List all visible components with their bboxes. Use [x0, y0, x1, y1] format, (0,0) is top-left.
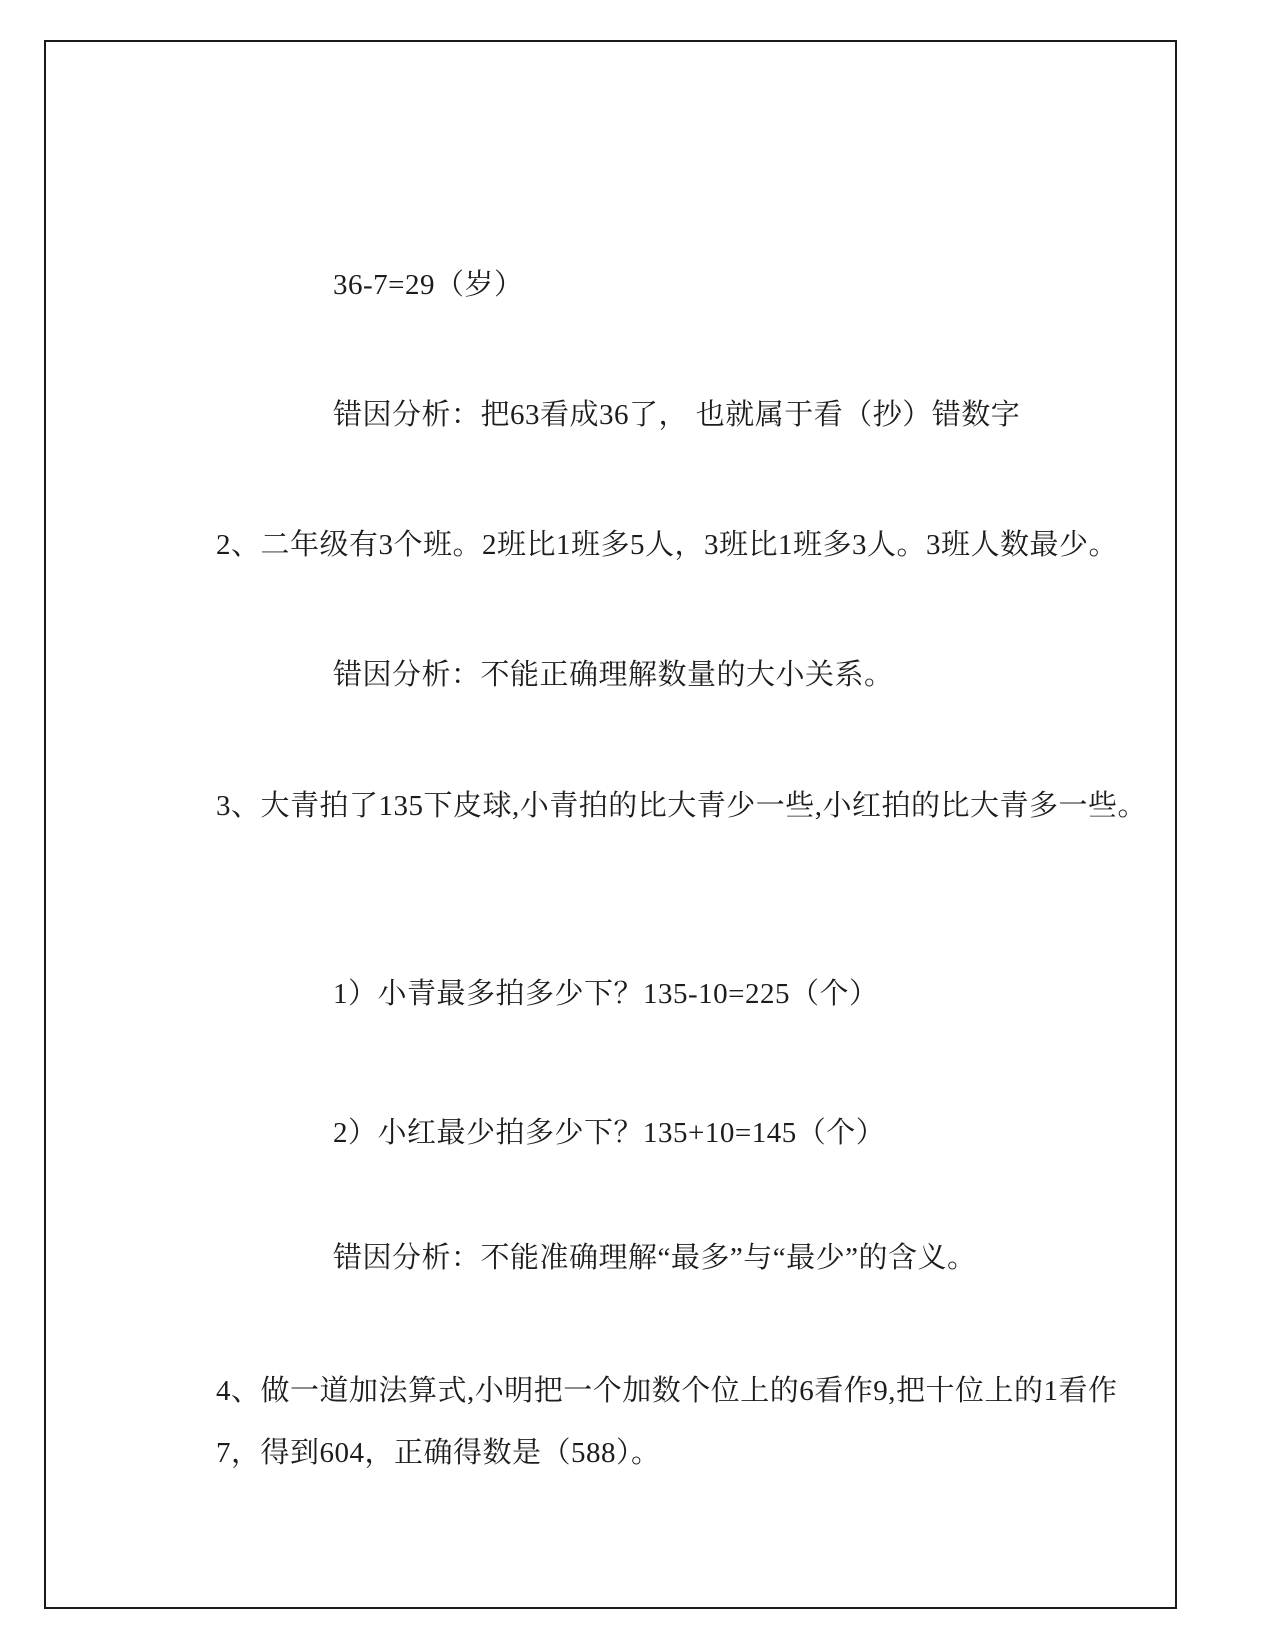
line-q3-sub-answer-1: 1）小青最多拍多少下？135-10=225（个）: [333, 977, 879, 1011]
line-analysis-q3: 错因分析：不能准确理解“最多”与“最少”的含义。: [333, 1241, 977, 1275]
page-border-frame: 36-7=29（岁） 错因分析：把63看成36了， 也就属于看（抄）错数字 2、…: [44, 40, 1177, 1609]
worksheet-page: 36-7=29（岁） 错因分析：把63看成36了， 也就属于看（抄）错数字 2、…: [0, 0, 1275, 1650]
line-question-4-part-2: 7，得到604，正确得数是（588）。: [216, 1436, 661, 1470]
line-question-2: 2、二年级有3个班。2班比1班多5人，3班比1班多3人。3班人数最少。: [216, 528, 1118, 562]
line-question-4-part-1: 4、做一道加法算式,小明把一个加数个位上的6看作9,把十位上的1看作: [216, 1374, 1118, 1408]
line-answer-q1: 36-7=29（岁）: [333, 268, 524, 302]
line-analysis-q1: 错因分析：把63看成36了， 也就属于看（抄）错数字: [333, 398, 1020, 432]
line-question-3: 3、大青拍了135下皮球,小青拍的比大青少一些,小红拍的比大青多一些。: [216, 789, 1147, 823]
line-analysis-q2: 错因分析：不能正确理解数量的大小关系。: [333, 658, 894, 692]
line-q3-sub-answer-2: 2）小红最少拍多少下？135+10=145（个）: [333, 1116, 885, 1150]
